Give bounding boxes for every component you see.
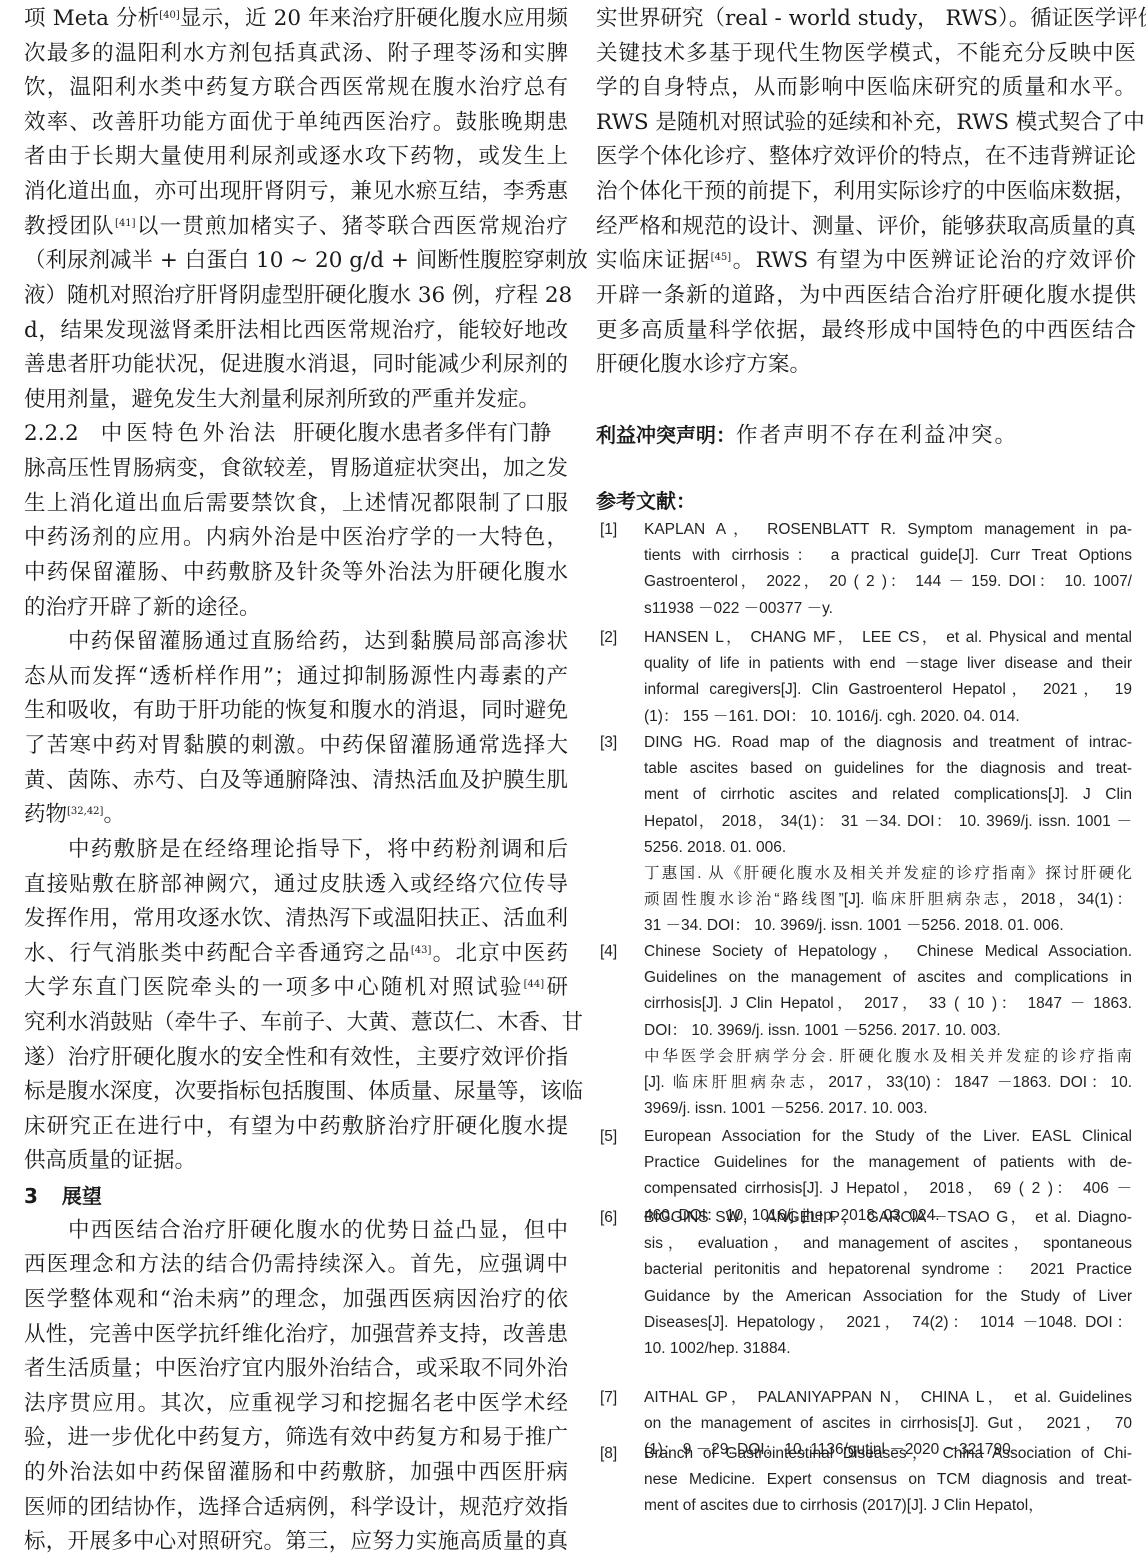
conflict-text: 作者声明不存在利益冲突。	[736, 423, 1018, 448]
text: 医学整体观和“治未病”的理念，加强西医病因治疗的依	[24, 1287, 568, 1312]
paragraph-line: 中药汤剂的应用。内病外治是中医治疗学的一大特色，	[24, 525, 568, 551]
paragraph-line: 医学个体化诊疗、整体疗效评价的特点，在不违背辨证论	[596, 144, 1136, 170]
paragraph-line: 开辟一条新的道路，为中西医结合治疗肝硬化腹水提供	[596, 283, 1136, 309]
reference-line: Practice Guidelines for the management o…	[644, 1151, 1132, 1175]
text: 中药汤剂的应用。内病外治是中医治疗学的一大特色，	[24, 525, 568, 550]
paragraph-line: 药物[32,42]。	[24, 802, 568, 828]
reference-item: [1]KAPLAN A， ROSENBLATT R. Symptom manag…	[596, 518, 1136, 623]
text: 供高质量的证据。	[24, 1148, 196, 1173]
text: 教授团队	[24, 214, 115, 239]
text: 。RWS 有望为中医辨证论治的疗效评价	[731, 248, 1136, 273]
paragraph-line: 态从而发挥“透析样作用”；通过抑制肠源性内毒素的产	[24, 664, 568, 690]
references-title: 参考文献：	[596, 488, 1136, 514]
paragraph-line: 者由于长期大量使用利尿剂或逐水攻下药物，或发生上	[24, 144, 568, 170]
reference-line: s11938 －022 －00377 －y.	[644, 597, 1132, 621]
reference-number: [8]	[600, 1442, 644, 1466]
reference-line: Guidance by the American Association for…	[644, 1285, 1132, 1309]
paragraph-line: 实世界研究（real - world study， RWS）。循证医学评价的	[596, 6, 1136, 32]
reference-line: bacterial peritonitis and hepatorenal sy…	[644, 1258, 1132, 1282]
reference-line: Diseases[J]. Hepatology， 2021， 74(2)： 10…	[644, 1311, 1132, 1335]
text: 从性，完善中医学抗纤维化治疗，加强营养支持，改善患	[24, 1322, 568, 1347]
reference-line: Branch of Gastrointestinal Diseases， Chi…	[644, 1442, 1132, 1466]
paragraph-line: 验，进一步优化中药复方，筛选有效中药复方和易于推广	[24, 1425, 568, 1451]
subsection-heading: 2.2.2中医特色外治法肝硬化腹水患者多伴有门静	[24, 421, 568, 447]
text: 关键技术多基于现代生物医学模式，不能充分反映中医	[596, 41, 1136, 66]
reference-line: table ascites based on guidelines for th…	[644, 757, 1132, 781]
text: 医学个体化诊疗、整体疗效评价的特点，在不违背辨证论	[596, 144, 1136, 169]
subsection-title: 中医特色外治法	[101, 421, 280, 446]
reference-item: [6]BIGGINS SW， ANGELI P， GARCIA －TSAO G，…	[596, 1206, 1136, 1363]
paragraph-line: 项 Meta 分析[40]显示，近 20 年来治疗肝硬化腹水应用频	[24, 6, 568, 32]
text: 黄、茵陈、赤芍、白及等通腑降浊、清热活血及护膜生肌	[24, 768, 568, 793]
paragraph-line: 消化道出血，亦可出现肝肾阴亏，兼见水瘀互结，李秀惠	[24, 179, 568, 205]
paragraph-line: 肝硬化腹水诊疗方案。	[596, 352, 1136, 378]
text: 项 Meta 分析	[24, 6, 159, 31]
text: 治个体化干预的前提下，利用实际诊疗的中医临床数据，	[596, 179, 1136, 204]
reference-line: nese Medicine. Expert consensus on TCM d…	[644, 1468, 1132, 1492]
text: 更多高质量科学依据，最终形成中国特色的中西医结合	[596, 318, 1136, 343]
paragraph-line: 西医理念和方法的结合仍需持续深入。首先，应强调中	[24, 1252, 568, 1278]
paragraph-line: 次最多的温阳利水方剂包括真武汤、附子理苓汤和实脾	[24, 41, 568, 67]
text: 效率、改善肝功能方面优于单纯西医治疗。鼓胀晚期患	[24, 110, 568, 135]
text: 的治疗开辟了新的途径。	[24, 595, 261, 620]
reference-line: KAPLAN A， ROSENBLATT R. Symptom manageme…	[644, 518, 1132, 542]
text: 研	[544, 975, 568, 1000]
subsection-text: 肝硬化腹水患者多伴有门静	[293, 421, 551, 446]
text: 经严格和规范的设计、测量、评价，能够获取高质量的真	[596, 214, 1136, 239]
reference-line: [J]. 临床肝胆病杂志，2017，33(10)：1847 －1863. DOI…	[644, 1071, 1132, 1095]
text: 标是腹水深度，次要指标包括腹围、体质量、尿量等，该临	[24, 1079, 583, 1104]
text: d，结果发现滋肾柔肝法相比西医常规治疗，能较好地改	[24, 318, 568, 343]
paragraph-line: 黄、茵陈、赤芍、白及等通腑降浊、清热活血及护膜生肌	[24, 768, 568, 794]
paragraph-line: 中药敷脐是在经络理论指导下，将中药粉剂调和后	[24, 837, 568, 863]
text: 了苦寒中药对胃黏膜的刺激。中药保留灌肠通常选择大	[24, 733, 568, 758]
reference-line: sis， evaluation， and management of ascit…	[644, 1232, 1132, 1256]
reference-line: tients with cirrhosis： a practical guide…	[644, 544, 1132, 568]
reference-number: [6]	[600, 1206, 644, 1230]
reference-line: (1)： 155 －161. DOI： 10. 1016/j. cgh. 202…	[644, 705, 1132, 729]
paragraph-line: 关键技术多基于现代生物医学模式，不能充分反映中医	[596, 41, 1136, 67]
text: 的外治法如中药保留灌肠和中药敷脐，加强中西医肝病	[24, 1460, 568, 1485]
paragraph-line: 实临床证据[45]。RWS 有望为中医辨证论治的疗效评价	[596, 248, 1136, 274]
text: 医师的团结协作，选择合适病例，科学设计，规范疗效指	[24, 1495, 568, 1520]
text: 实临床证据	[596, 248, 711, 273]
text: 生上消化道出血后需要禁饮食，上述情况都限制了口服	[24, 491, 568, 516]
paragraph-line: 的治疗开辟了新的途径。	[24, 595, 568, 621]
text: 态从而发挥“透析样作用”；通过抑制肠源性内毒素的产	[24, 664, 568, 689]
text: 以一贯煎加楮实子、猪苓联合西医常规治疗	[136, 214, 568, 239]
paragraph-line: d，结果发现滋肾柔肝法相比西医常规治疗，能较好地改	[24, 318, 568, 344]
text: 直接贴敷在脐部神阙穴，通过皮肤透入或经络穴位传导	[24, 872, 568, 897]
text: 究利水消鼓贴（牵牛子、车前子、大黄、薏苡仁、木香、甘	[24, 1010, 583, 1035]
reference-line: Chinese Society of Hepatology， Chinese M…	[644, 940, 1132, 964]
reference-line: 顽固性腹水诊治“路线图”[J]. 临床肝胆病杂志，2018，34(1)：	[644, 888, 1132, 912]
paragraph-line: 了苦寒中药对胃黏膜的刺激。中药保留灌肠通常选择大	[24, 733, 568, 759]
paragraph-line: 使用剂量，避免发生大剂量利尿剂所致的严重并发症。	[24, 387, 568, 413]
paragraph-line: 经严格和规范的设计、测量、评价，能够获取高质量的真	[596, 214, 1136, 240]
reference-item: [8]Branch of Gastrointestinal Diseases， …	[596, 1442, 1136, 1521]
reference-line: on the management of ascites in cirrhosi…	[644, 1412, 1132, 1436]
paragraph-line: 供高质量的证据。	[24, 1148, 568, 1174]
reference-line: Guidelines on the management of ascites …	[644, 966, 1132, 990]
reference-number: [3]	[600, 731, 644, 755]
text: 中药保留灌肠通过直肠给药，达到黏膜局部高渗状	[68, 629, 568, 654]
citation-superscript: [41]	[115, 218, 136, 229]
section-heading: 3展望	[24, 1183, 568, 1209]
text: 次最多的温阳利水方剂包括真武汤、附子理苓汤和实脾	[24, 41, 568, 66]
reference-line: quality of life in patients with end －st…	[644, 652, 1132, 676]
paragraph-line: 液）随机对照治疗肝肾阴虚型肝硬化腹水 36 例，疗程 28	[24, 283, 568, 309]
section-number: 3	[24, 1184, 38, 1208]
text: 善患者肝功能状况，促进腹水消退，同时能减少利尿剂的	[24, 352, 568, 377]
text: 液）随机对照治疗肝肾阴虚型肝硬化腹水 36 例，疗程 28	[24, 283, 572, 308]
reference-line: Hepatol， 2018， 34(1)： 31 －34. DOI： 10. 3…	[644, 810, 1132, 834]
reference-line: DING HG. Road map of the diagnosis and t…	[644, 731, 1132, 755]
reference-line: ment of ascites due to cirrhosis (2017)[…	[644, 1494, 1132, 1518]
reference-item: [3]DING HG. Road map of the diagnosis an…	[596, 731, 1136, 941]
text: 验，进一步优化中药复方，筛选有效中药复方和易于推广	[24, 1425, 568, 1450]
text: 床研究正在进行中，有望为中药敷脐治疗肝硬化腹水提	[24, 1114, 568, 1139]
paragraph-line: 床研究正在进行中，有望为中药敷脐治疗肝硬化腹水提	[24, 1114, 568, 1140]
reference-line: HANSEN L， CHANG MF， LEE CS， et al. Physi…	[644, 626, 1132, 650]
paragraph-line: 法序贯应用。其次，应重视学习和挖掘名老中医学术经	[24, 1391, 568, 1417]
conflict-label: 利益冲突声明：	[596, 423, 736, 447]
paragraph-line: 遂）治疗肝硬化腹水的安全性和有效性，主要疗效评价指	[24, 1045, 568, 1071]
text: 中药敷脐是在经络理论指导下，将中药粉剂调和后	[68, 837, 568, 862]
text: 者生活质量；中医治疗宜内服外治结合，或采取不同外治	[24, 1356, 568, 1381]
text: 。北京中医药	[431, 941, 568, 966]
reference-line: cirrhosis[J]. J Clin Hepatol， 2017， 33 (…	[644, 992, 1132, 1016]
text: 饮，温阳利水类中药复方联合西医常规在腹水治疗总有	[24, 75, 568, 100]
paragraph-line: 医学整体观和“治未病”的理念，加强西医病因治疗的依	[24, 1287, 568, 1313]
text: 使用剂量，避免发生大剂量利尿剂所致的严重并发症。	[24, 387, 540, 412]
text: 中药保留灌肠、中药敷脐及针灸等外治法为肝硬化腹水	[24, 560, 568, 585]
paragraph-line: 治个体化干预的前提下，利用实际诊疗的中医临床数据，	[596, 179, 1136, 205]
reference-line: 3969/j. issn. 1001 －5256. 2017. 10. 003.	[644, 1097, 1132, 1121]
reference-number: [4]	[600, 940, 644, 964]
reference-line: 10. 1002/hep. 31884.	[644, 1337, 1132, 1361]
paragraph-line: 者生活质量；中医治疗宜内服外治结合，或采取不同外治	[24, 1356, 568, 1382]
paragraph-line: 医师的团结协作，选择合适病例，科学设计，规范疗效指	[24, 1495, 568, 1521]
reference-line: ment of cirrhotic ascites and related co…	[644, 783, 1132, 807]
citation-superscript: [32,42]	[67, 806, 103, 817]
text: 中西医结合治疗肝硬化腹水的优势日益凸显，但中	[68, 1218, 568, 1243]
reference-line: Gastroenterol， 2022， 20 ( 2 )： 144 － 159…	[644, 570, 1132, 594]
text: 开辟一条新的道路，为中西医结合治疗肝硬化腹水提供	[596, 283, 1136, 308]
text: 发挥作用，常用攻逐水饮、清热泻下或温阳扶正、活血利	[24, 906, 568, 931]
paragraph-line: 中西医结合治疗肝硬化腹水的优势日益凸显，但中	[24, 1218, 568, 1244]
text: 学的自身特点，从而影响中医临床研究的质量和水平。	[596, 75, 1136, 100]
text: 。	[103, 802, 125, 827]
reference-number: [5]	[600, 1125, 644, 1149]
reference-line: BIGGINS SW， ANGELI P， GARCIA －TSAO G， et…	[644, 1206, 1132, 1230]
paragraph-line: 脉高压性胃肠病变，食欲较差，胃肠道症状突出，加之发	[24, 456, 568, 482]
reference-line: informal caregivers[J]. Clin Gastroenter…	[644, 678, 1132, 702]
citation-superscript: [43]	[411, 945, 432, 956]
reference-line: AITHAL GP， PALANIYAPPAN N， CHINA L， et a…	[644, 1386, 1132, 1410]
text: 显示，近 20 年来治疗肝硬化腹水应用频	[180, 6, 568, 31]
paragraph-line: 水、行气消胀类中药配合辛香通窍之品[43]。北京中医药	[24, 941, 568, 967]
paragraph-line: 生上消化道出血后需要禁饮食，上述情况都限制了口服	[24, 491, 568, 517]
reference-line: European Association for the Study of th…	[644, 1125, 1132, 1149]
paragraph-line: 中药保留灌肠通过直肠给药，达到黏膜局部高渗状	[24, 629, 568, 655]
reference-line: 31 －34. DOI： 10. 3969/j. issn. 1001 －525…	[644, 914, 1132, 938]
paragraph-line: RWS 是随机对照试验的延续和补充，RWS 模式契合了中	[596, 110, 1136, 136]
paragraph-line: 直接贴敷在脐部神阙穴，通过皮肤透入或经络穴位传导	[24, 872, 568, 898]
text: 水、行气消胀类中药配合辛香通窍之品	[24, 941, 411, 966]
reference-line: 5256. 2018. 01. 006.	[644, 836, 1132, 860]
text: （利尿剂减半 + 白蛋白 10 ~ 20 g/d + 间断性腹腔穿刺放	[24, 248, 588, 273]
citation-superscript: [40]	[159, 10, 180, 21]
reference-number: [1]	[600, 518, 644, 542]
text: RWS 是随机对照试验的延续和补充，RWS 模式契合了中	[596, 110, 1145, 135]
reference-number: [7]	[600, 1386, 644, 1410]
text: 西医理念和方法的结合仍需持续深入。首先，应强调中	[24, 1252, 568, 1277]
reference-line: 中华医学会肝病学分会. 肝硬化腹水及相关并发症的诊疗指南	[644, 1045, 1132, 1069]
paragraph-line: 生和吸收，有助于肝功能的恢复和腹水的消退，同时避免	[24, 698, 568, 724]
reference-item: [2]HANSEN L， CHANG MF， LEE CS， et al. Ph…	[596, 626, 1136, 731]
text: 法序贯应用。其次，应重视学习和挖掘名老中医学术经	[24, 1391, 568, 1416]
text: 脉高压性胃肠病变，食欲较差，胃肠道症状突出，加之发	[24, 456, 568, 481]
paragraph-line: 大学东直门医院牵头的一项多中心随机对照试验[44]研	[24, 975, 568, 1001]
text: 大学东直门医院牵头的一项多中心随机对照试验	[24, 975, 524, 1000]
paragraph-line: 发挥作用，常用攻逐水饮、清热泻下或温阳扶正、活血利	[24, 906, 568, 932]
paragraph-line: 效率、改善肝功能方面优于单纯西医治疗。鼓胀晚期患	[24, 110, 568, 136]
text: 标，开展多中心对照研究。第三，应努力实施高质量的真	[24, 1529, 568, 1554]
paragraph-line: 究利水消鼓贴（牵牛子、车前子、大黄、薏苡仁、木香、甘	[24, 1010, 568, 1036]
reference-number: [2]	[600, 626, 644, 650]
paragraph-line: （利尿剂减半 + 白蛋白 10 ~ 20 g/d + 间断性腹腔穿刺放	[24, 248, 568, 274]
reference-line: DOI： 10. 3969/j. issn. 1001 －5256. 2017.…	[644, 1019, 1132, 1043]
paragraph-line: 的外治法如中药保留灌肠和中药敷脐，加强中西医肝病	[24, 1460, 568, 1486]
reference-item: [4]Chinese Society of Hepatology， Chines…	[596, 940, 1136, 1123]
paragraph-line: 中药保留灌肠、中药敷脐及针灸等外治法为肝硬化腹水	[24, 560, 568, 586]
citation-superscript: [44]	[524, 979, 545, 990]
subsection-number: 2.2.2	[24, 421, 79, 446]
paragraph-line: 标，开展多中心对照研究。第三，应努力实施高质量的真	[24, 1529, 568, 1555]
paragraph-line: 标是腹水深度，次要指标包括腹围、体质量、尿量等，该临	[24, 1079, 568, 1105]
reference-line: 丁惠国. 从《肝硬化腹水及相关并发症的诊疗指南》探讨肝硬化	[644, 862, 1132, 886]
section-title: 展望	[62, 1184, 102, 1208]
text: 生和吸收，有助于肝功能的恢复和腹水的消退，同时避免	[24, 698, 568, 723]
text: 肝硬化腹水诊疗方案。	[596, 352, 811, 377]
conflict-of-interest-statement: 利益冲突声明：作者声明不存在利益冲突。	[596, 422, 1136, 448]
text: 消化道出血，亦可出现肝肾阴亏，兼见水瘀互结，李秀惠	[24, 179, 568, 204]
text: 者由于长期大量使用利尿剂或逐水攻下药物，或发生上	[24, 144, 568, 169]
citation-superscript: [45]	[711, 252, 732, 263]
paragraph-line: 从性，完善中医学抗纤维化治疗，加强营养支持，改善患	[24, 1322, 568, 1348]
paragraph-line: 饮，温阳利水类中药复方联合西医常规在腹水治疗总有	[24, 75, 568, 101]
references-heading: 参考文献：	[596, 489, 696, 513]
text: 药物	[24, 802, 67, 827]
text: 实世界研究（real - world study， RWS）。循证医学评价的	[596, 6, 1146, 31]
paragraph-line: 更多高质量科学依据，最终形成中国特色的中西医结合	[596, 318, 1136, 344]
paragraph-line: 教授团队[41]以一贯煎加楮实子、猪苓联合西医常规治疗	[24, 214, 568, 240]
text: 遂）治疗肝硬化腹水的安全性和有效性，主要疗效评价指	[24, 1045, 568, 1070]
reference-line: compensated cirrhosis[J]. J Hepatol， 201…	[644, 1177, 1132, 1201]
paragraph-line: 学的自身特点，从而影响中医临床研究的质量和水平。	[596, 75, 1136, 101]
paragraph-line: 善患者肝功能状况，促进腹水消退，同时能减少利尿剂的	[24, 352, 568, 378]
